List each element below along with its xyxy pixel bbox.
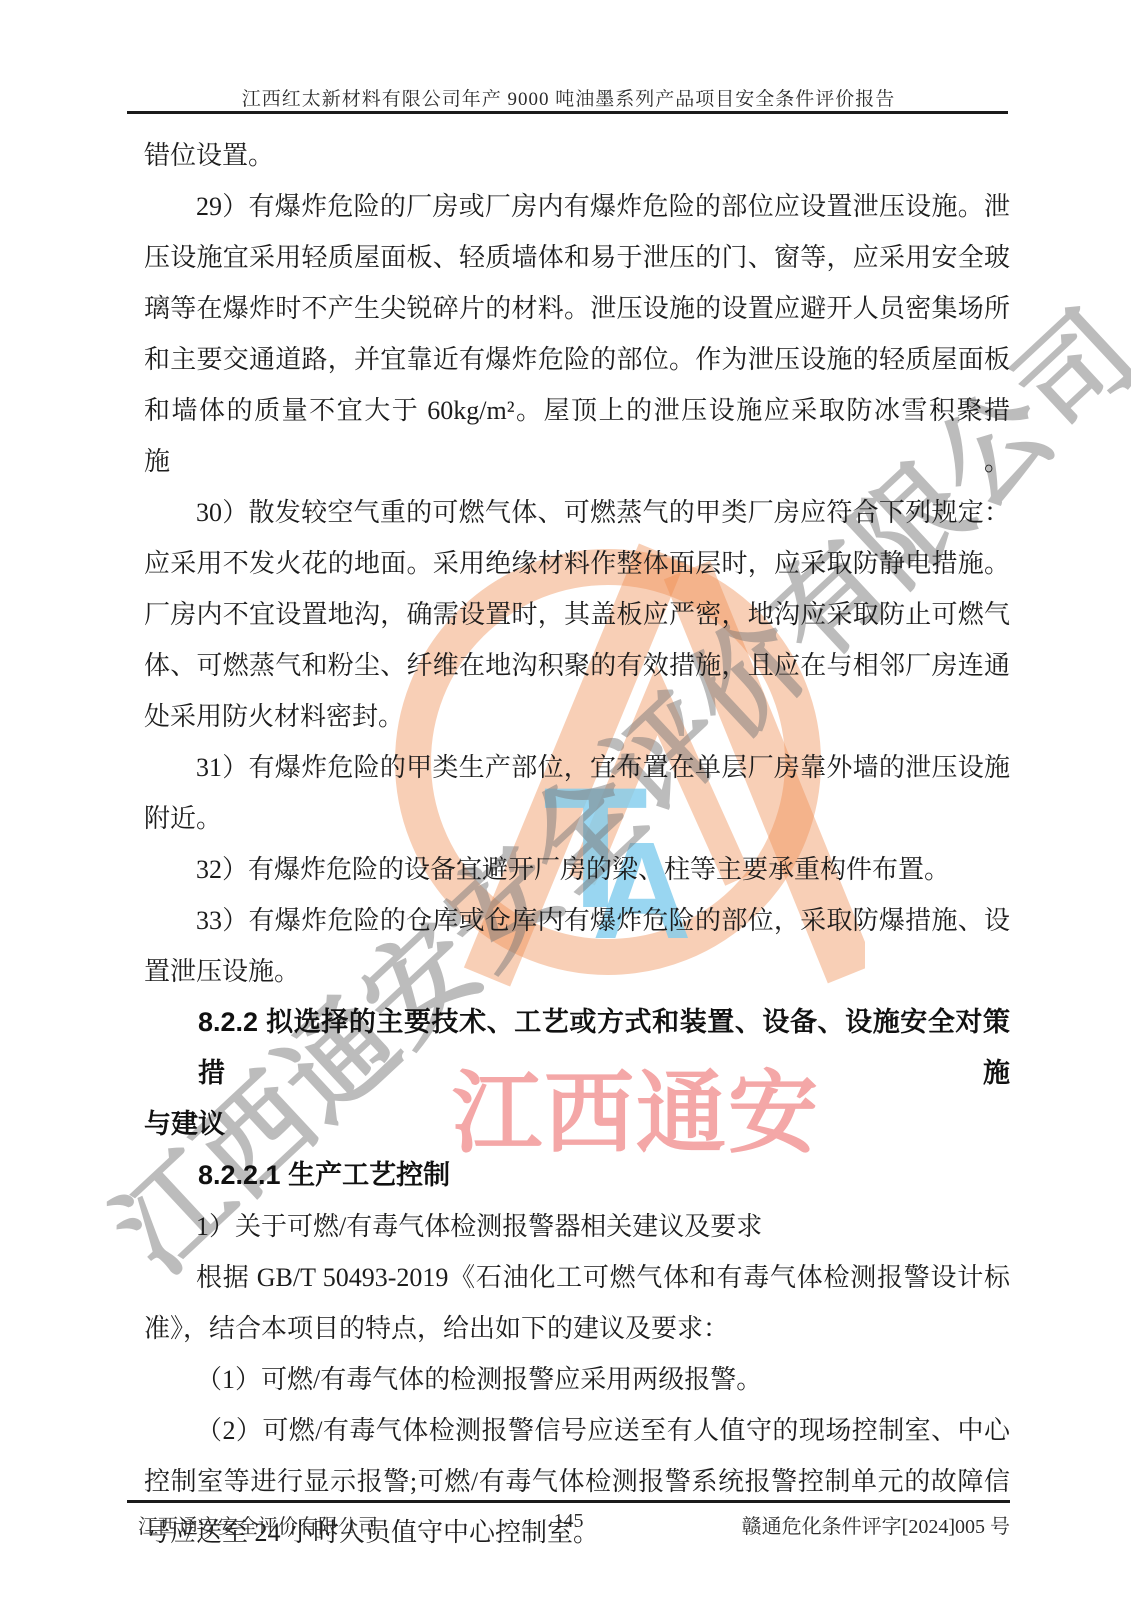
text-line: 31）有爆炸危险的甲类生产部位，宜布置在单层厂房靠外墙的泄压设施 xyxy=(144,742,1010,793)
text-line: 29）有爆炸危险的厂房或厂房内有爆炸危险的部位应设置泄压设施。泄 xyxy=(144,181,1010,232)
text-line: 附近。 xyxy=(144,793,1010,844)
heading-line: 8.2.2.1 生产工艺控制 xyxy=(144,1150,1010,1201)
text-line: 和主要交通道路，并宜靠近有爆炸危险的部位。作为泄压设施的轻质屋面板 xyxy=(144,334,1010,385)
footer-rule xyxy=(127,1500,1010,1503)
footer-doc-number: 赣通危化条件评字[2024]005 号 xyxy=(742,1510,1010,1539)
document-body: 错位设置。29）有爆炸危险的厂房或厂房内有爆炸危险的部位应设置泄压设施。泄压设施… xyxy=(144,130,1010,1558)
report-page: T A 江西通安安全评价有限公司 江西通安 江西红太新材料有限公司年产 9000… xyxy=(0,0,1131,1600)
text-line: 应采用不发火花的地面。采用绝缘材料作整体面层时，应采取防静电措施。 xyxy=(144,538,1010,589)
report-title: 江西红太新材料有限公司年产 9000 吨油墨系列产品项目安全条件评价报告 xyxy=(242,89,896,110)
text-line: 错位设置。 xyxy=(144,130,1010,181)
text-line: 处采用防火材料密封。 xyxy=(144,691,1010,742)
text-line: 和墙体的质量不宜大于 60kg/m²。屋顶上的泄压设施应采取防冰雪积聚措施。 xyxy=(144,385,1010,487)
text-line: 体、可燃蒸气和粉尘、纤维在地沟积聚的有效措施，且应在与相邻厂房连通 xyxy=(144,640,1010,691)
heading-line: 与建议 xyxy=(144,1099,1010,1150)
header-rule xyxy=(127,111,1008,114)
text-line: 置泄压设施。 xyxy=(144,946,1010,997)
text-line: 根据 GB/T 50493-2019《石油化工可燃气体和有毒气体检测报警设计标 xyxy=(144,1252,1010,1303)
text-line: （1）可燃/有毒气体的检测报警应采用两级报警。 xyxy=(144,1354,1010,1405)
text-line: 32）有爆炸危险的设备宜避开厂房的梁、柱等主要承重构件布置。 xyxy=(144,844,1010,895)
text-line: （2）可燃/有毒气体检测报警信号应送至有人值守的现场控制室、中心 xyxy=(144,1405,1010,1456)
page-footer: 江西通安安全评价有限公司 145 赣通危化条件评字[2024]005 号 xyxy=(127,1510,1010,1540)
heading-line: 8.2.2 拟选择的主要技术、工艺或方式和装置、设备、设施安全对策措施 xyxy=(144,997,1010,1099)
text-line: 厂房内不宜设置地沟，确需设置时，其盖板应严密，地沟应采取防止可燃气 xyxy=(144,589,1010,640)
text-line: 压设施宜采用轻质屋面板、轻质墙体和易于泄压的门、窗等，应采用安全玻 xyxy=(144,232,1010,283)
text-line: 33）有爆炸危险的仓库或仓库内有爆炸危险的部位，采取防爆措施、设 xyxy=(144,895,1010,946)
text-line: 30）散发较空气重的可燃气体、可燃蒸气的甲类厂房应符合下列规定： xyxy=(144,487,1010,538)
page-header: 江西红太新材料有限公司年产 9000 吨油墨系列产品项目安全条件评价报告 xyxy=(127,84,1010,111)
text-line: 准》，结合本项目的特点，给出如下的建议及要求： xyxy=(144,1303,1010,1354)
text-line: 璃等在爆炸时不产生尖锐碎片的材料。泄压设施的设置应避开人员密集场所 xyxy=(144,283,1010,334)
text-line: 1）关于可燃/有毒气体检测报警器相关建议及要求 xyxy=(144,1201,1010,1252)
